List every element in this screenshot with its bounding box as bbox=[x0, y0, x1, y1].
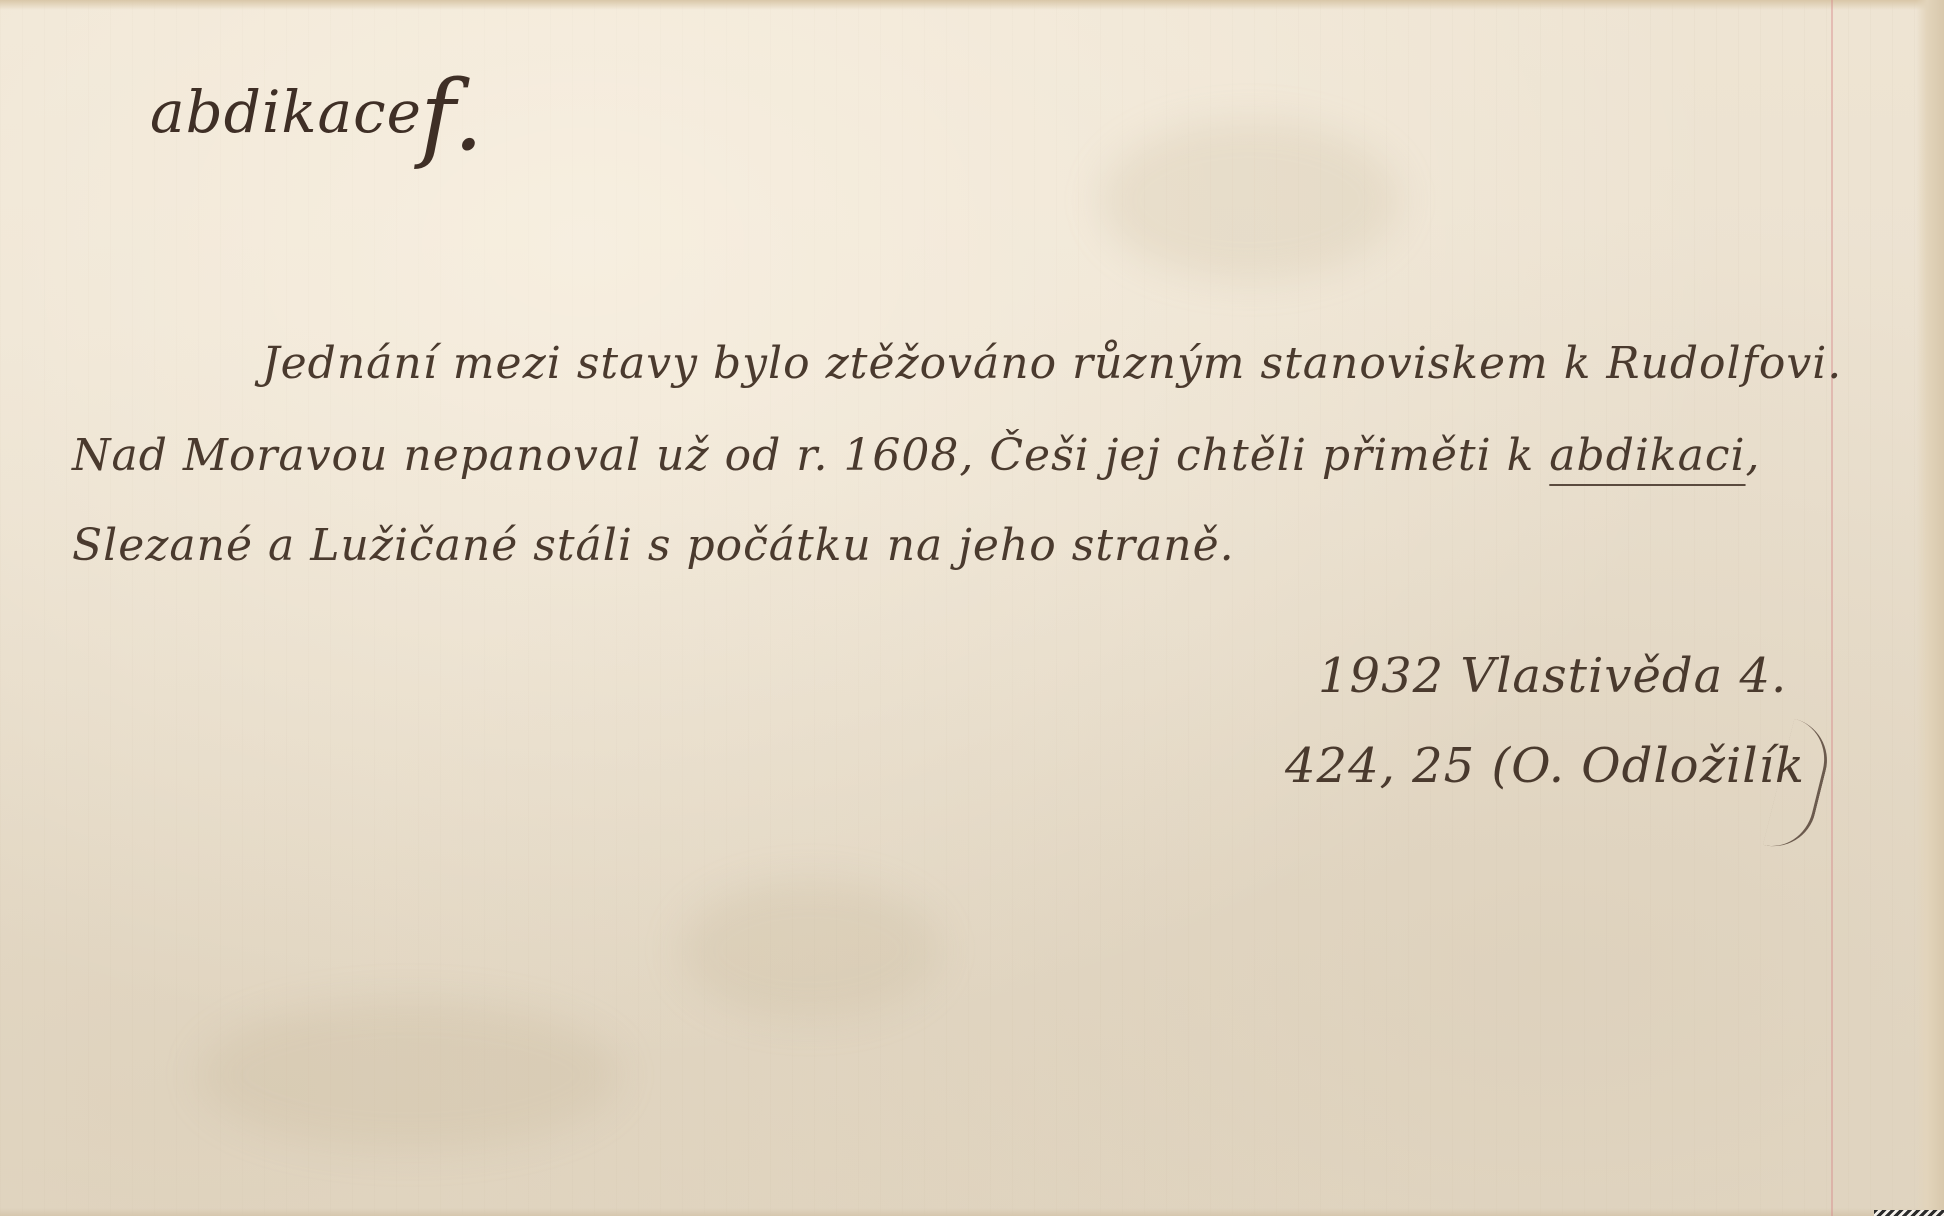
paper-stain bbox=[200, 1000, 620, 1150]
scan-corner-mark bbox=[1874, 1210, 1944, 1216]
index-card: abdikace f. Jednání mezi stavy bylo ztěž… bbox=[0, 0, 1944, 1216]
citation-reference: 424, 25 (O. Odložilík bbox=[1285, 738, 1805, 794]
body-line-2-text: Nad Moravou nepanoval už od r. 1608, Češ… bbox=[72, 430, 1549, 481]
body-line-2-tail: , bbox=[1746, 430, 1761, 481]
paper-top-edge bbox=[0, 0, 1944, 10]
body-line-2: Nad Moravou nepanoval už od r. 1608, Češ… bbox=[72, 430, 1761, 481]
body-line-1: Jednání mezi stavy bylo ztěžováno různým… bbox=[262, 338, 1842, 389]
grammatical-gender: f. bbox=[420, 60, 485, 172]
paper-stain bbox=[1100, 120, 1400, 280]
underlined-headword-usage: abdikaci bbox=[1549, 430, 1745, 481]
citation-source: 1932 Vlastivěda 4. bbox=[1318, 648, 1787, 704]
red-margin-line bbox=[1831, 0, 1833, 1216]
paper-right-edge bbox=[1916, 0, 1944, 1216]
paper-bottom-edge bbox=[0, 1208, 1944, 1216]
paper-stain bbox=[680, 880, 940, 1020]
body-line-3: Slezané a Lužičané stáli s počátku na je… bbox=[72, 520, 1235, 571]
headword: abdikace bbox=[150, 78, 422, 146]
